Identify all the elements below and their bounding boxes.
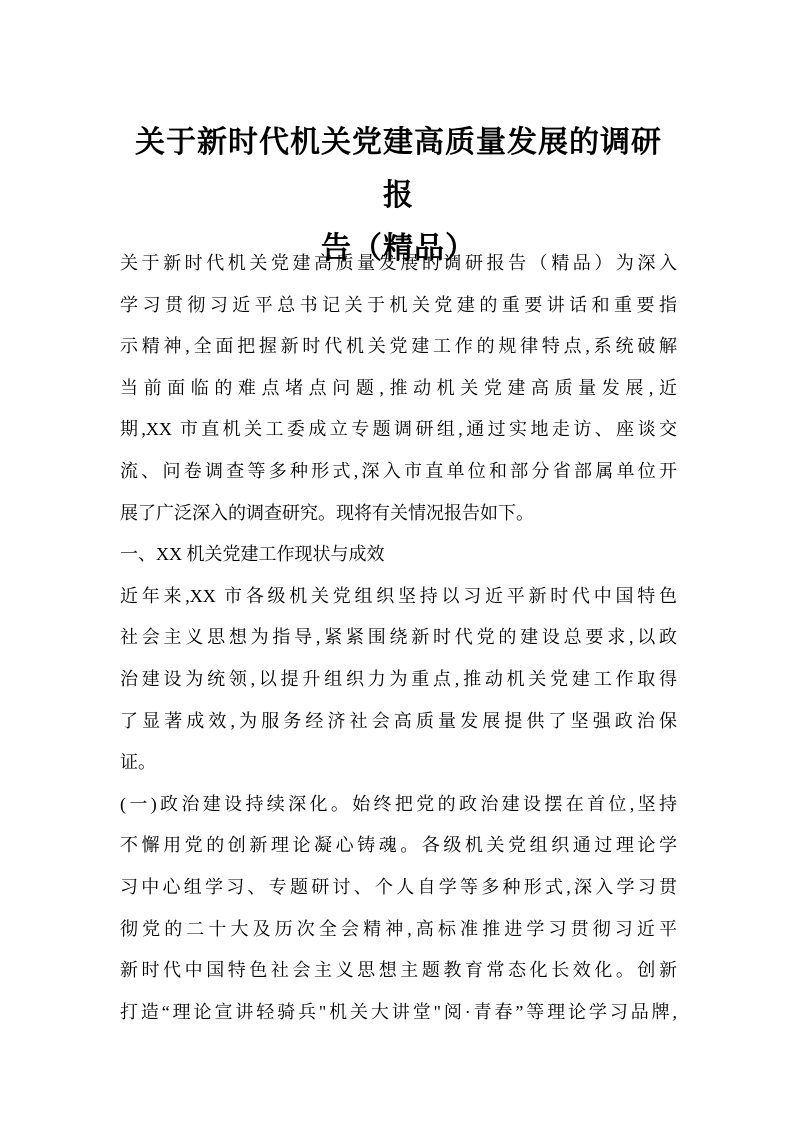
body-line: 治建设为统领,以提升组织力为重点,推动机关党建工作取得: [120, 659, 677, 701]
body-line: 当前面临的难点堵点问题,推动机关党建高质量发展,近: [120, 368, 677, 410]
body-line: 关于新时代机关党建高质量发展的调研报告（精品）为深入: [120, 243, 677, 285]
body-line: 学习贯彻习近平总书记关于机关党建的重要讲话和重要指: [120, 285, 677, 327]
body-line: 社会主义思想为指导,紧紧围绕新时代党的建设总要求,以政: [120, 617, 677, 659]
body-line: 示精神,全面把握新时代机关党建工作的规律特点,系统破解: [120, 326, 677, 368]
section-heading: 一、XX 机关党建工作现状与成效: [120, 534, 677, 576]
body-line: 证。: [120, 742, 677, 784]
body-line: 新时代中国特色社会主义思想主题教育常态化长效化。创新: [120, 950, 677, 992]
body-line: 期,XX 市直机关工委成立专题调研组,通过实地走访、座谈交: [120, 409, 677, 451]
body-line: 展了广泛深入的调查研究。现将有关情况报告如下。: [120, 493, 677, 535]
document-title-line: 关于新时代机关党建高质量发展的调研报: [120, 116, 677, 222]
body-line: (一)政治建设持续深化。始终把党的政治建设摆在首位,坚持: [120, 784, 677, 826]
body-line: 了显著成效,为服务经济社会高质量发展提供了坚强政治保: [120, 701, 677, 743]
body-line: 不懈用党的创新理论凝心铸魂。各级机关党组织通过理论学: [120, 825, 677, 867]
document-page: 关于新时代机关党建高质量发展的调研报 告（精品） 关于新时代机关党建高质量发展的…: [0, 0, 793, 1122]
body-line: 近年来,XX 市各级机关党组织坚持以习近平新时代中国特色: [120, 576, 677, 618]
body-line: 习中心组学习、专题研讨、个人自学等多种形式,深入学习贯: [120, 867, 677, 909]
body-line: 彻党的二十大及历次全会精神,高标准推进学习贯彻习近平: [120, 909, 677, 951]
document-body: 关于新时代机关党建高质量发展的调研报告（精品）为深入 学习贯彻习近平总书记关于机…: [120, 243, 677, 1033]
body-line: 流、问卷调查等多种形式,深入市直单位和部分省部属单位开: [120, 451, 677, 493]
body-line: 打造“理论宣讲轻骑兵"机关大讲堂"阅·青春”等理论学习品牌,: [120, 992, 677, 1034]
